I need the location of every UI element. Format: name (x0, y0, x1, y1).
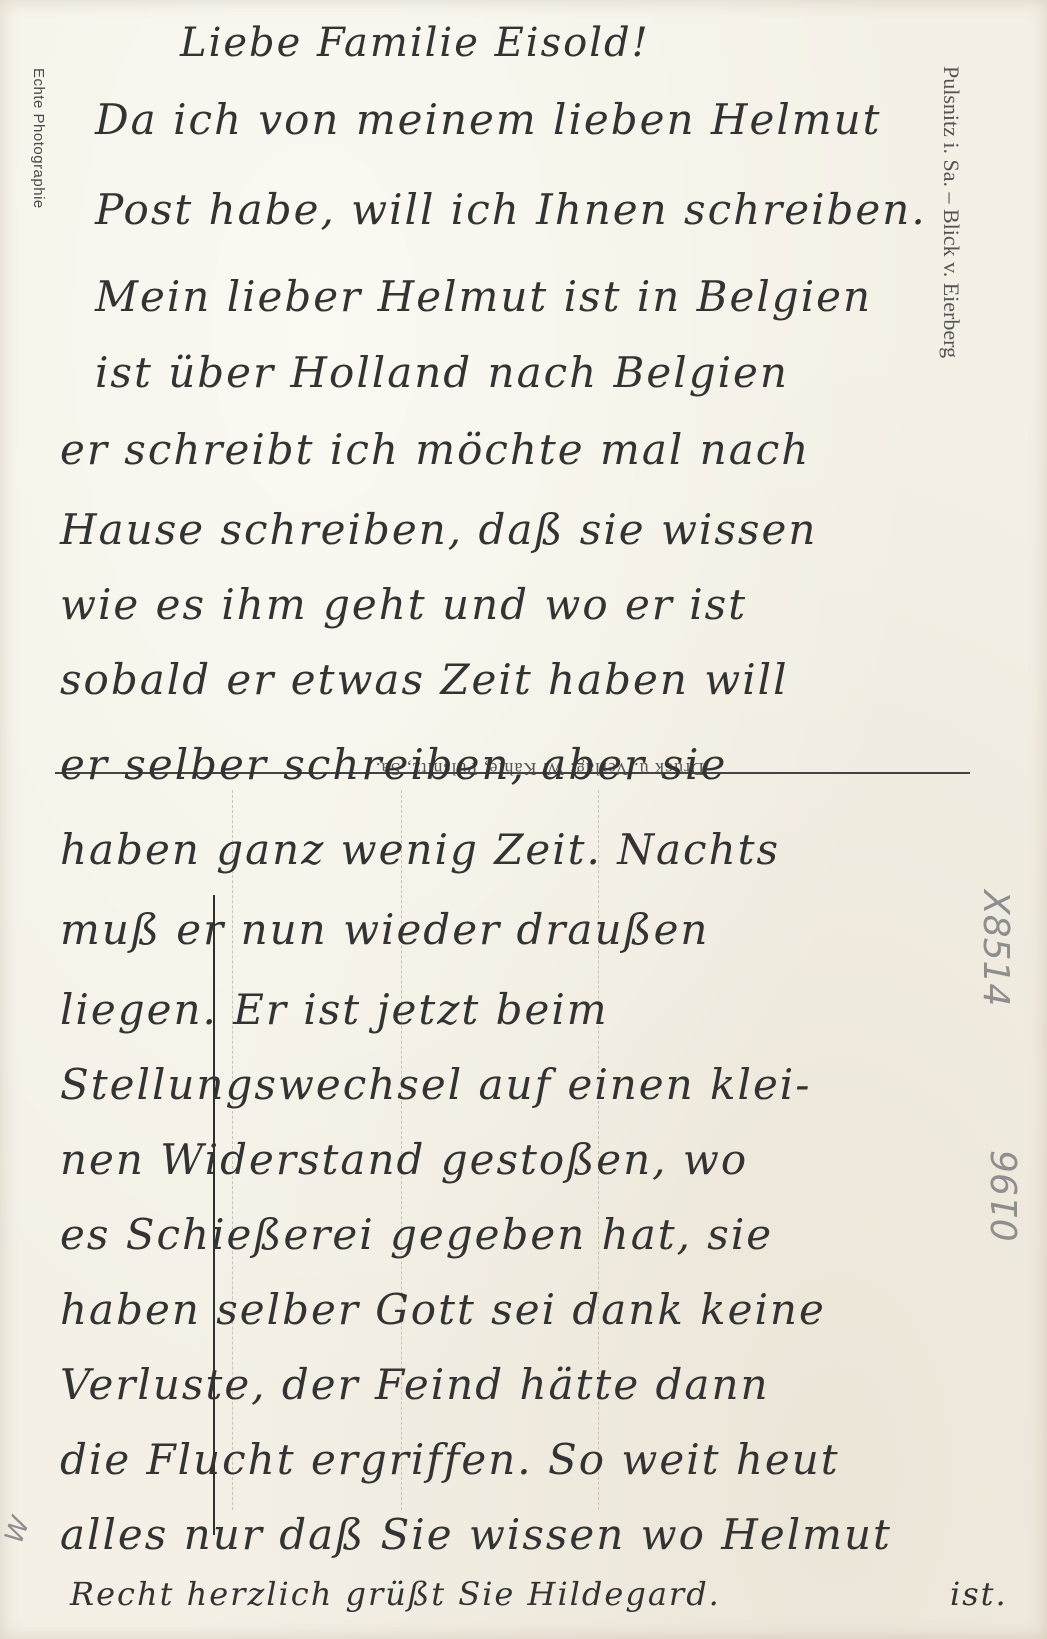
letter-closing: Recht herzlich grüßt Sie Hildegard. (70, 1575, 721, 1613)
letter-line: alles nur daß Sie wissen wo Helmut (60, 1510, 892, 1559)
letter-line: Stellungswechsel auf einen klei- (60, 1060, 811, 1109)
letter-line: die Flucht ergriffen. So weit heut (60, 1435, 840, 1484)
printed-echte-photographie: Echte Photographie (30, 68, 47, 209)
pencil-annotation-code: 0196 (985, 1150, 1026, 1242)
letter-greeting: Liebe Familie Eisold! (180, 20, 650, 66)
pencil-annotation-mark: W (0, 1513, 36, 1547)
letter-line: haben selber Gott sei dank keine (60, 1285, 826, 1334)
letter-line-end: ist. (950, 1575, 1008, 1613)
letter-line: Da ich von meinem lieben Helmut (95, 95, 882, 144)
letter-line-struck: er selber schreiben, aber sie (60, 740, 727, 789)
letter-line: Verluste, der Feind hätte dann (60, 1360, 770, 1409)
letter-line: sobald er etwas Zeit haben will (60, 655, 789, 704)
letter-line: Post habe, will ich Ihnen schreiben. (95, 185, 927, 234)
letter-line: Hause schreiben, daß sie wissen (60, 505, 817, 554)
letter-line: muß er nun wieder draußen (60, 905, 709, 954)
letter-line: ist über Holland nach Belgien (95, 348, 789, 397)
letter-line: haben ganz wenig Zeit. Nachts (60, 825, 780, 874)
pencil-annotation-number: X8514 (975, 890, 1016, 1006)
letter-line: wie es ihm geht und wo er ist (60, 580, 747, 629)
letter-line: es Schießerei gegeben hat, sie (60, 1210, 773, 1259)
letter-line: liegen. Er ist jetzt beim (60, 985, 609, 1034)
letter-line: er schreibt ich möchte mal nach (60, 425, 810, 474)
letter-line: nen Widerstand gestoßen, wo (60, 1135, 748, 1184)
letter-line: Mein lieber Helmut ist in Belgien (95, 272, 872, 321)
printed-location-caption: Pulsnitz i. Sa. – Blick v. Eierberg (938, 66, 964, 358)
